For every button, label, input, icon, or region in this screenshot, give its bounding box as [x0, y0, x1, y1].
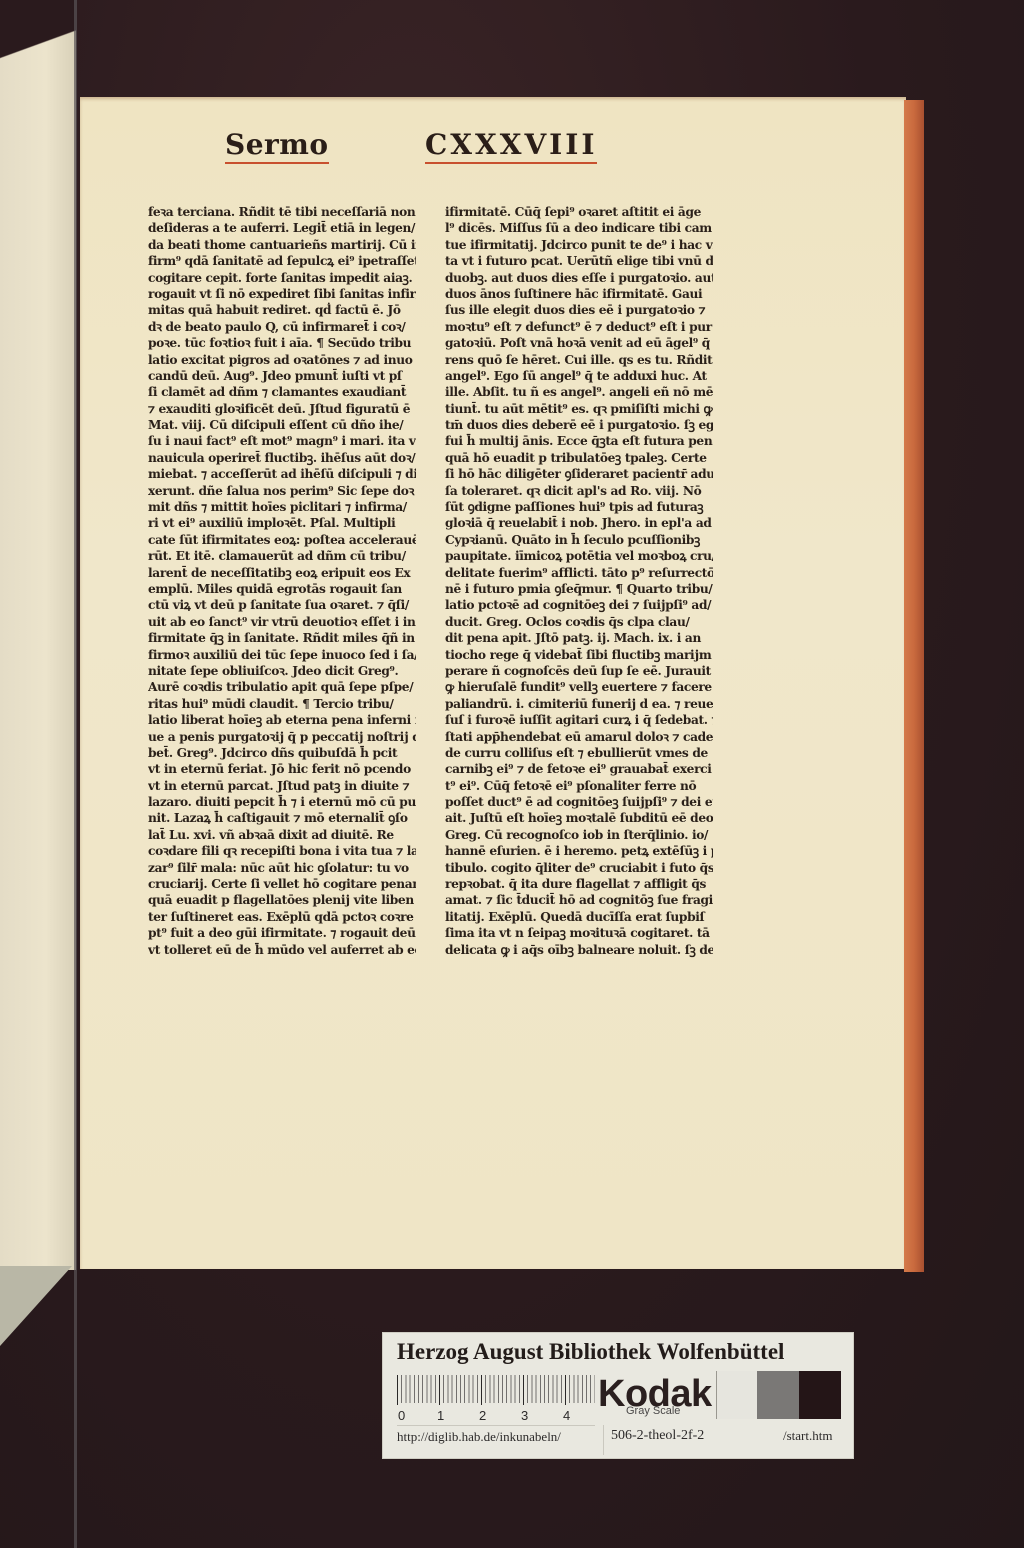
- text-line: ſima ita vt n ſeipaꝫ moꝛituꝛā cogitaret.…: [445, 925, 713, 941]
- text-line: hannē eſurien. ē i heremo. petꝝ extēſūꝫ …: [445, 843, 713, 859]
- text-line: ille. Abſit. tu ñ es angel⁹. angeli eñ n…: [445, 384, 713, 400]
- text-line: quā euadit p flagellatōes plenĳ vite lib…: [148, 892, 416, 908]
- text-line: nē i futuro pmia ꝯſeq̄mur. ¶ Quarto trib…: [445, 581, 713, 597]
- text-line: dit pena apit. Jſtō patꝫ. ĳ. Mach. ix. i…: [445, 630, 713, 646]
- text-line: rens quō ſe hēret. Cui ille. qs es tu. R…: [445, 352, 713, 368]
- text-line: latio pctoꝛē ad cognitōeꝫ dei ⁊ ſuĳpſi⁹ …: [445, 597, 713, 613]
- running-title: Sermo: [225, 128, 329, 164]
- text-line: Aurē coꝛdis tribulatio apit quā ſepe pſp…: [148, 679, 416, 695]
- text-line: ſūt ꝯdigne paſſiones hui⁹ tpis ad futura…: [445, 499, 713, 515]
- text-line: repꝛobat. q̄ ita dure flagellat ⁊ afflig…: [445, 876, 713, 892]
- text-line: ⁊ exauditi gloꝛificēt deū. Jſtud figurat…: [148, 401, 416, 417]
- text-line: mit dñs ⁊ mittit hoīes piclitari ⁊ infir…: [148, 499, 416, 515]
- ruler-major-tick: [439, 1375, 440, 1405]
- text-line: firmitate q̄ꝫ in ſanitate. Rñdit miles q…: [148, 630, 416, 646]
- text-line: perare ñ cognoſcēs deū ſup ſe eē. Juraui…: [445, 663, 713, 679]
- book-spine-line: [74, 0, 77, 1548]
- url-suffix: /start.htm: [783, 1428, 832, 1444]
- ruler-label: 1: [437, 1408, 444, 1423]
- text-line: duos ānos ſuſtinere hāc ifirmitatē. Gaui: [445, 286, 713, 302]
- text-line: cate ſūt ifirmitates eoꝝ: poſtea acceler…: [148, 532, 416, 548]
- digital-library-url: http://diglib.hab.de/inkunabeln/: [397, 1429, 561, 1445]
- text-line: dꝛ de beato paulo Q, cū infirmaret̄ i co…: [148, 319, 416, 335]
- text-line: paliandrū. i. cimiteriū funerĳ d ea. ⁊ r…: [445, 696, 713, 712]
- text-line: uit ab eo ſanct⁹ vir vtrū deuotioꝛ eſſet…: [148, 614, 416, 630]
- ruler-label: 2: [479, 1408, 486, 1423]
- text-line: vt in eternū feriat. Jō hic ferit nō pce…: [148, 761, 416, 777]
- text-line: Mat. viĳ. Cū diſcipuli eſſent cū dño ihe…: [148, 417, 416, 433]
- text-line: Greg. Cū recognoſco iob in ſterq̄linio. …: [445, 827, 713, 843]
- divider: [397, 1425, 595, 1426]
- folio-number: CXXXVIII: [425, 128, 597, 164]
- calibration-card: Herzog August Bibliothek Wolfenbüttel 0 …: [383, 1333, 853, 1458]
- text-line: delitate fuerim⁹ afflicti. tāto p⁹ reſur…: [445, 565, 713, 581]
- shelfmark: 506-2-theol-2f-2: [611, 1428, 704, 1444]
- text-line: mitas quā habuit rediret. qḋ factū ē. Jō: [148, 302, 416, 318]
- text-line: moꝛtu⁹ eſt ⁊ defunct⁹ ē ⁊ deduct⁹ eſt i …: [445, 319, 713, 335]
- text-line: ſtati app̄hendebat eū amarul doloꝛ ⁊ cad…: [445, 729, 713, 745]
- text-line: ſa toleraret. qꝛ dicit apl's ad Ro. viĳ.…: [445, 483, 713, 499]
- text-line: fui h̄ multĳ ānis. Ecce q̄ꝫta eſt futura…: [445, 433, 713, 449]
- text-column-left: feꝛa terciana. Rñdit tē tibi neceſſariā …: [148, 204, 416, 958]
- text-line: lat̄ Lu. xvi. vñ abꝛaā dixit ad diuitē. …: [148, 827, 416, 843]
- text-line: bet̄. Greg⁹. Jdcirco dñs quibuſdā h̄ pci…: [148, 745, 416, 761]
- ruler-label: 0: [398, 1408, 405, 1423]
- text-line: deſideras a te auferri. Legit̄ etiā in l…: [148, 220, 416, 236]
- text-line: ue a penis purgatoꝛĳ q̄ p peccatĳ noſtrĳ…: [148, 729, 416, 745]
- text-line: feꝛa terciana. Rñdit tē tibi neceſſariā …: [148, 204, 416, 220]
- text-line: tibulo. cogito q̄liter de⁹ cruciabit i f…: [445, 860, 713, 876]
- ruler-major-tick: [523, 1375, 524, 1405]
- text-line: larent̄ de neceſſitatibꝫ eoꝝ eripuit eos…: [148, 565, 416, 581]
- text-line: tiocho rege q̄ videbat̄ ſibi fluctibꝫ ma…: [445, 647, 713, 663]
- text-line: ait. Juſtū eſt hoīeꝫ moꝛtalē ſubditū eē …: [445, 810, 713, 826]
- text-line: duobꝫ. aut duos dies eſſe i purgatoꝛio. …: [445, 270, 713, 286]
- text-line: t⁹ ei⁹. Cūq̄ fetoꝛē ei⁹ pſonaliter ferre…: [445, 778, 713, 794]
- gray-swatch-mid: [757, 1371, 799, 1419]
- text-line: da beati thome cantuarieñs martirĳ. Cū i…: [148, 237, 416, 253]
- text-line: miebat. ⁊ acceſſerūt ad ihēſū diſcipuli …: [148, 466, 416, 482]
- text-line: angel⁹. Ego ſū angel⁹ q̄ te adduxi huc. …: [445, 368, 713, 384]
- text-line: ducit. Greg. Oclos coꝛdis q̄s clpa clau/: [445, 614, 713, 630]
- text-line: pt⁹ fuit a deo gūi ifirmitate. ⁊ rogauit…: [148, 925, 416, 941]
- text-line: latio excitat pigros ad oꝛatōnes ⁊ ad in…: [148, 352, 416, 368]
- text-line: amat. ⁊ ſic t̄ducit̄ hō ad cognitōꝫ ſue …: [445, 892, 713, 908]
- gray-swatch-light: [716, 1371, 758, 1419]
- text-line: tm̄ duos dies deberē eē i purgatoꝛio. ſꝫ…: [445, 417, 713, 433]
- text-line: coꝛdare fili qꝛ recepiſti bona i vita tu…: [148, 843, 416, 859]
- text-line: delicata ꝙ i aq̄s oībꝫ balneare noluit. …: [445, 942, 713, 958]
- text-line: rūt. Et itē. clamauerūt ad dñm cū tribu/: [148, 548, 416, 564]
- text-line: cogitare cepit. forte ſanitas impedit ai…: [148, 270, 416, 286]
- text-line: poꝛe. tūc foꝛtioꝛ fuit i aīa. ¶ Secūdo t…: [148, 335, 416, 351]
- text-line: ifirmitatē. Cūq̄ ſepi⁹ oꝛaret aſtitit ei…: [445, 204, 713, 220]
- text-line: ri vt ei⁹ auxiliū imploꝛēt. Pſal. Multip…: [148, 515, 416, 531]
- text-line: Cypꝛianū. Quāto in h̄ ſeculo pcuſſionibꝫ: [445, 532, 713, 548]
- text-line: ter ſuſtineret eas. Exēplū qdā pctoꝛ coꝛ…: [148, 909, 416, 925]
- text-line: ctū viꝝ vt deū p ſanitate ſua oꝛaret. ⁊ …: [148, 597, 416, 613]
- text-line: latio liberat hoīeꝫ ab eterna pena infer…: [148, 712, 416, 728]
- text-line: de curru colliſus eſt ⁊ ebullierūt vmes …: [445, 745, 713, 761]
- ruler-major-tick: [565, 1375, 566, 1405]
- text-line: ta vt i futuro pcat. Uerūtñ elige tibi v…: [445, 253, 713, 269]
- ruler-label: 3: [521, 1408, 528, 1423]
- ruler-scale: 0 1 2 3 4: [397, 1375, 595, 1425]
- text-line: firmoꝛ auxiliū dei tūc ſepe inuoco ſed i…: [148, 647, 416, 663]
- gray-swatch-dark: [799, 1371, 841, 1419]
- text-line: ſi clamēt ad dñm ⁊ clamantes exaudiant̄: [148, 384, 416, 400]
- text-line: zar⁹ ſilr̄ mala: nūc aūt hic ꝯſolatur: t…: [148, 860, 416, 876]
- gray-scale-label: Gray Scale: [626, 1405, 680, 1417]
- text-line: quā hō euadit p tribulatōeꝫ tpaleꝫ. Cert…: [445, 450, 713, 466]
- text-line: gatoꝛiū. Poſt vnā hoꝛā venit ad eū āgel⁹…: [445, 335, 713, 351]
- text-line: gloꝛiā q̄ reuelabit̄ i nob. Jhero. in ep…: [445, 515, 713, 531]
- divider: [603, 1425, 604, 1455]
- text-line: carnibꝫ ei⁹ ⁊ de fetoꝛe ei⁹ grauabat̄ ex…: [445, 761, 713, 777]
- text-line: ſi hō hāc diligēter ꝯſideraret pacientr̄…: [445, 466, 713, 482]
- ruler-major-tick: [397, 1375, 398, 1405]
- text-line: tiunt̄. tu aūt mētit⁹ es. qꝛ pmiſiſti mi…: [445, 401, 713, 417]
- text-line: l⁹ dicēs. Miſſus ſū a deo indicare tibi …: [445, 220, 713, 236]
- text-line: cruciarĳ. Certe ſi vellet hō cogitare pe…: [148, 876, 416, 892]
- text-line: paupitate. iīmicoꝝ potētia vel moꝛboꝝ cr…: [445, 548, 713, 564]
- text-line: ꝙ hieruſalē fundit⁹ vellꝫ euertere ⁊ fac…: [445, 679, 713, 695]
- text-line: ſu i naui fact⁹ eſt mot⁹ magn⁹ i mari. i…: [148, 433, 416, 449]
- text-line: nit. Lazaꝝ h̄ caſtigauit ⁊ mō eternalit̄…: [148, 810, 416, 826]
- text-line: nauicula operiret̄ fluctibꝫ. ihēſus aūt …: [148, 450, 416, 466]
- text-line: vt tolleret eū de h̄ mūdo vel auferret a…: [148, 942, 416, 958]
- text-line: candū deū. Aug⁹. Jdeo pmunt̄ iuſti vt pſ: [148, 368, 416, 384]
- text-line: lazaro. diuiti pepcit h̄ ⁊ i eternū mō c…: [148, 794, 416, 810]
- text-line: ritas hui⁹ mūdi claudit. ¶ Tercio tribu/: [148, 696, 416, 712]
- text-line: tue ifirmitatĳ. Jdcirco punit te de⁹ i h…: [445, 237, 713, 253]
- institution-name: Herzog August Bibliothek Wolfenbüttel: [397, 1339, 784, 1365]
- text-line: rogauit vt ſi nō expediret ſibi ſanitas …: [148, 286, 416, 302]
- text-line: ſus ille elegit duos dies eē i purgatoꝛi…: [445, 302, 713, 318]
- verso-shadow: [0, 0, 76, 100]
- ruler-major-tick: [481, 1375, 482, 1405]
- text-column-right: ifirmitatē. Cūq̄ ſepi⁹ oꝛaret aſtitit ei…: [445, 204, 713, 958]
- text-line: ſuſ i furoꝛē iuſſit agitari curꝝ i q̄ ſe…: [445, 712, 713, 728]
- text-line: vt in eternū parcat. Jſtud patꝫ in diuit…: [148, 778, 416, 794]
- red-fore-edge: [904, 100, 924, 1272]
- ruler-label: 4: [563, 1408, 570, 1423]
- text-line: nitate ſepe obliuiſcoꝛ. Jdeo dicit Greg⁹…: [148, 663, 416, 679]
- text-line: firm⁹ qdā ſanitatē ad ſepulcꝝ ei⁹ ipetra…: [148, 253, 416, 269]
- text-line: emplū. Miles quidā egrotās rogauit ſan: [148, 581, 416, 597]
- text-line: xerunt. dñe ſalua nos perim⁹ Sic ſepe do…: [148, 483, 416, 499]
- text-line: litatĳ. Exēplū. Quedā ducīſſa erat ſupbi…: [445, 909, 713, 925]
- verso-page-edge: [0, 0, 76, 1270]
- text-line: poſſet duct⁹ ē ad cognitōeꝫ ſuĳpſi⁹ ⁊ de…: [445, 794, 713, 810]
